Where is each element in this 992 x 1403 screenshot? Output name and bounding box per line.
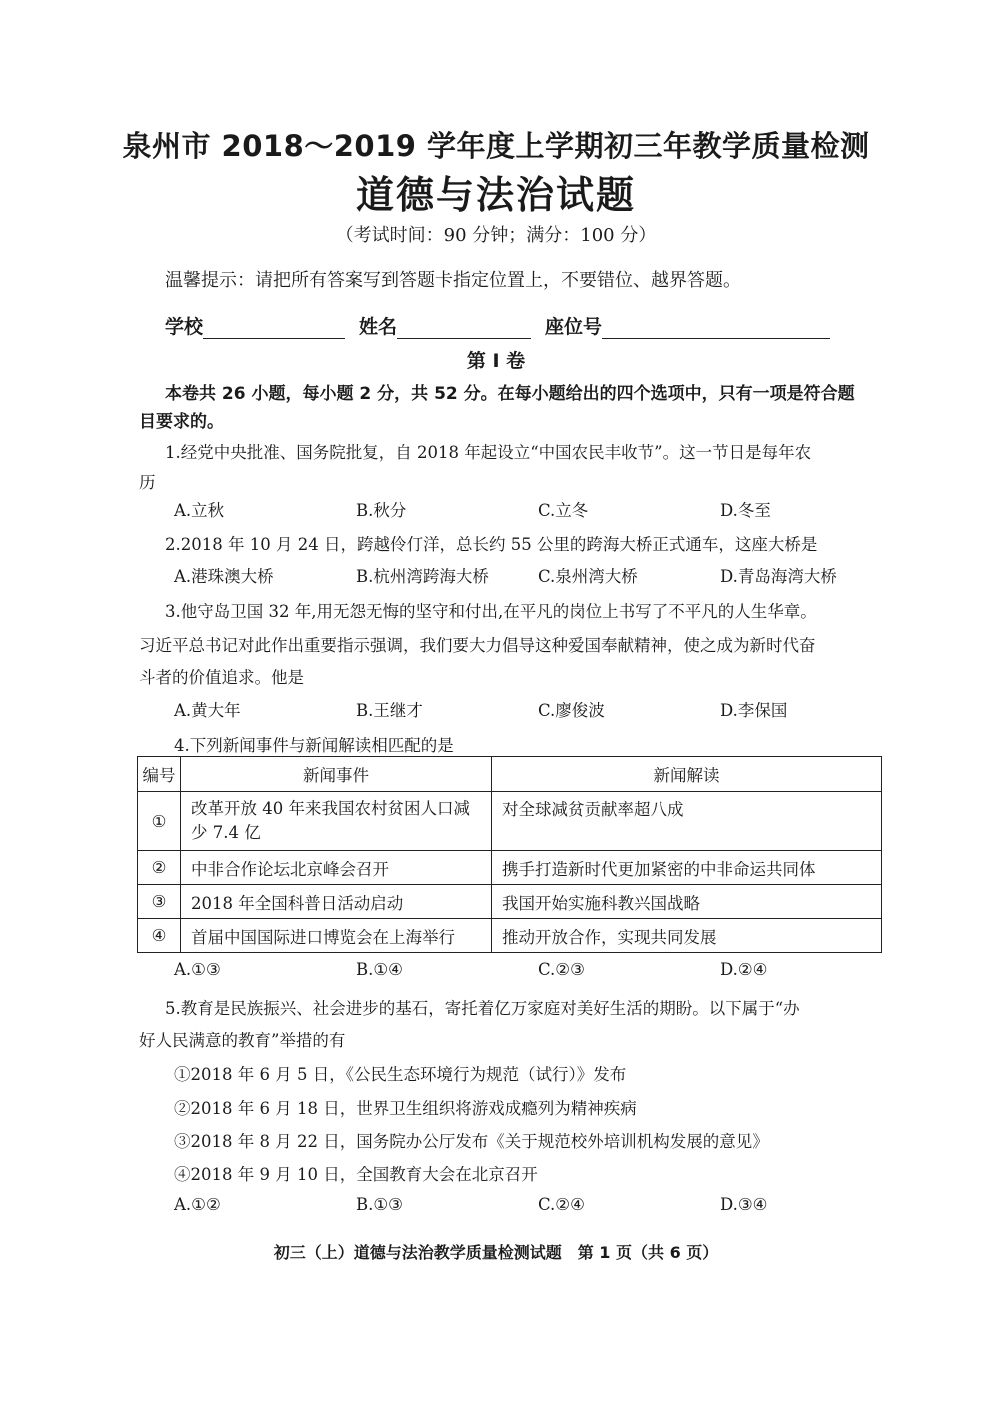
row-event: 中非合作论坛北京峰会召开 — [181, 851, 492, 885]
school-field[interactable] — [203, 318, 345, 339]
exam-title: 泉州市 2018～2019 学年度上学期初三年教学质量检测 — [0, 124, 992, 165]
page-footer: 初三（上）道德与法治教学质量检测试题 第 1 页（共 6 页） — [0, 1240, 992, 1263]
question-4-options: A.①③ B.①④ C.②③ D.②④ — [174, 960, 902, 979]
row-reading: 推动开放合作，实现共同发展 — [492, 919, 882, 953]
option-d[interactable]: D.③④ — [720, 1195, 902, 1214]
row-reading: 携手打造新时代更加紧密的中非命运共同体 — [492, 851, 882, 885]
row-event: 2018 年全国科普日活动启动 — [181, 885, 492, 919]
table-row: ④ 首届中国国际进口博览会在上海举行 推动开放合作，实现共同发展 — [138, 919, 882, 953]
option-b[interactable]: B.①③ — [356, 1195, 538, 1214]
name-label: 姓名 — [359, 312, 397, 339]
question-2-options: A.港珠澳大桥 B.杭州湾跨海大桥 C.泉州湾大桥 D.青岛海湾大桥 — [174, 563, 902, 587]
option-a[interactable]: A.港珠澳大桥 — [174, 563, 356, 587]
table-header-row: 编号 新闻事件 新闻解读 — [138, 757, 882, 792]
row-event: 首届中国国际进口博览会在上海举行 — [181, 919, 492, 953]
warm-tip: 温馨提示：请把所有答案写到答题卡指定位置上，不要错位、越界答题。 — [165, 266, 741, 292]
option-c[interactable]: C.泉州湾大桥 — [538, 563, 720, 587]
option-d[interactable]: D.青岛海湾大桥 — [720, 563, 902, 587]
question-5-item-2: ②2018 年 6 月 18 日，世界卫生组织将游戏成瘾列为精神疾病 — [174, 1095, 637, 1119]
question-5-text-cont: 好人民满意的教育”举措的有 — [139, 1027, 345, 1051]
row-number: ④ — [138, 919, 181, 953]
question-4-text: 4.下列新闻事件与新闻解读相匹配的是 — [174, 732, 454, 756]
seat-number-field[interactable] — [602, 318, 830, 339]
option-b[interactable]: B.王继才 — [356, 697, 538, 721]
row-reading: 我国开始实施科教兴国战略 — [492, 885, 882, 919]
table-row: ① 改革开放 40 年来我国农村贫困人口减少 7.4 亿 对全球减贫贡献率超八成 — [138, 792, 882, 851]
question-1-text-cont: 历 — [139, 469, 156, 493]
row-number: ② — [138, 851, 181, 885]
student-info-fields: 学校 姓名 座位号 — [165, 312, 830, 339]
question-3-text: 3.他守岛卫国 32 年,用无怨无悔的坚守和付出,在平凡的岗位上书写了不平凡的人… — [165, 598, 817, 622]
subject-title: 道德与法治试题 — [0, 164, 992, 219]
seat-label: 座位号 — [545, 312, 602, 339]
option-b[interactable]: B.秋分 — [356, 497, 538, 521]
question-3-text-cont2: 斗者的价值追求。他是 — [139, 664, 304, 688]
header-event: 新闻事件 — [181, 757, 492, 792]
news-table: 编号 新闻事件 新闻解读 ① 改革开放 40 年来我国农村贫困人口减少 7.4 … — [137, 756, 882, 953]
option-c[interactable]: C.②③ — [538, 960, 720, 979]
option-c[interactable]: C.②④ — [538, 1195, 720, 1214]
header-reading: 新闻解读 — [492, 757, 882, 792]
question-5-text: 5.教育是民族振兴、社会进步的基石，寄托着亿万家庭对美好生活的期盼。以下属于“办 — [165, 995, 800, 1019]
question-5-options: A.①② B.①③ C.②④ D.③④ — [174, 1195, 902, 1214]
row-number: ③ — [138, 885, 181, 919]
table-row: ② 中非合作论坛北京峰会召开 携手打造新时代更加紧密的中非命运共同体 — [138, 851, 882, 885]
section-intro-cont: 目要求的。 — [139, 407, 224, 432]
question-3-options: A.黄大年 B.王继才 C.廖俊波 D.李保国 — [174, 697, 902, 721]
option-d[interactable]: D.李保国 — [720, 697, 902, 721]
table-row: ③ 2018 年全国科普日活动启动 我国开始实施科教兴国战略 — [138, 885, 882, 919]
option-a[interactable]: A.黄大年 — [174, 697, 356, 721]
section-intro: 本卷共 26 小题，每小题 2 分，共 52 分。在每小题给出的四个选项中，只有… — [165, 379, 855, 404]
question-1-options: A.立秋 B.秋分 C.立冬 D.冬至 — [174, 497, 902, 521]
option-a[interactable]: A.①③ — [174, 960, 356, 979]
option-a[interactable]: A.立秋 — [174, 497, 356, 521]
question-1-text: 1.经党中央批准、国务院批复，自 2018 年起设立“中国农民丰收节”。这一节日… — [165, 439, 811, 463]
question-5-item-1: ①2018 年 6 月 5 日，《公民生态环境行为规范（试行）》发布 — [174, 1061, 626, 1085]
exam-info: （考试时间：90 分钟；满分：100 分） — [0, 221, 992, 247]
question-3-text-cont: 习近平总书记对此作出重要指示强调，我们要大力倡导这种爱国奉献精神，使之成为新时代… — [139, 632, 816, 656]
name-field[interactable] — [397, 318, 531, 339]
option-c[interactable]: C.廖俊波 — [538, 697, 720, 721]
section-title: 第 I 卷 — [0, 346, 992, 373]
option-b[interactable]: B.杭州湾跨海大桥 — [356, 563, 538, 587]
row-reading: 对全球减贫贡献率超八成 — [492, 792, 882, 851]
header-number: 编号 — [138, 757, 181, 792]
row-event: 改革开放 40 年来我国农村贫困人口减少 7.4 亿 — [181, 792, 492, 851]
option-c[interactable]: C.立冬 — [538, 497, 720, 521]
school-label: 学校 — [165, 312, 203, 339]
option-d[interactable]: D.冬至 — [720, 497, 902, 521]
question-5-item-4: ④2018 年 9 月 10 日，全国教育大会在北京召开 — [174, 1161, 538, 1185]
option-d[interactable]: D.②④ — [720, 960, 902, 979]
question-5-item-3: ③2018 年 8 月 22 日，国务院办公厅发布《关于规范校外培训机构发展的意… — [174, 1128, 769, 1152]
option-b[interactable]: B.①④ — [356, 960, 538, 979]
option-a[interactable]: A.①② — [174, 1195, 356, 1214]
row-number: ① — [138, 792, 181, 851]
question-2-text: 2.2018 年 10 月 24 日，跨越伶仃洋，总长约 55 公里的跨海大桥正… — [165, 531, 817, 555]
